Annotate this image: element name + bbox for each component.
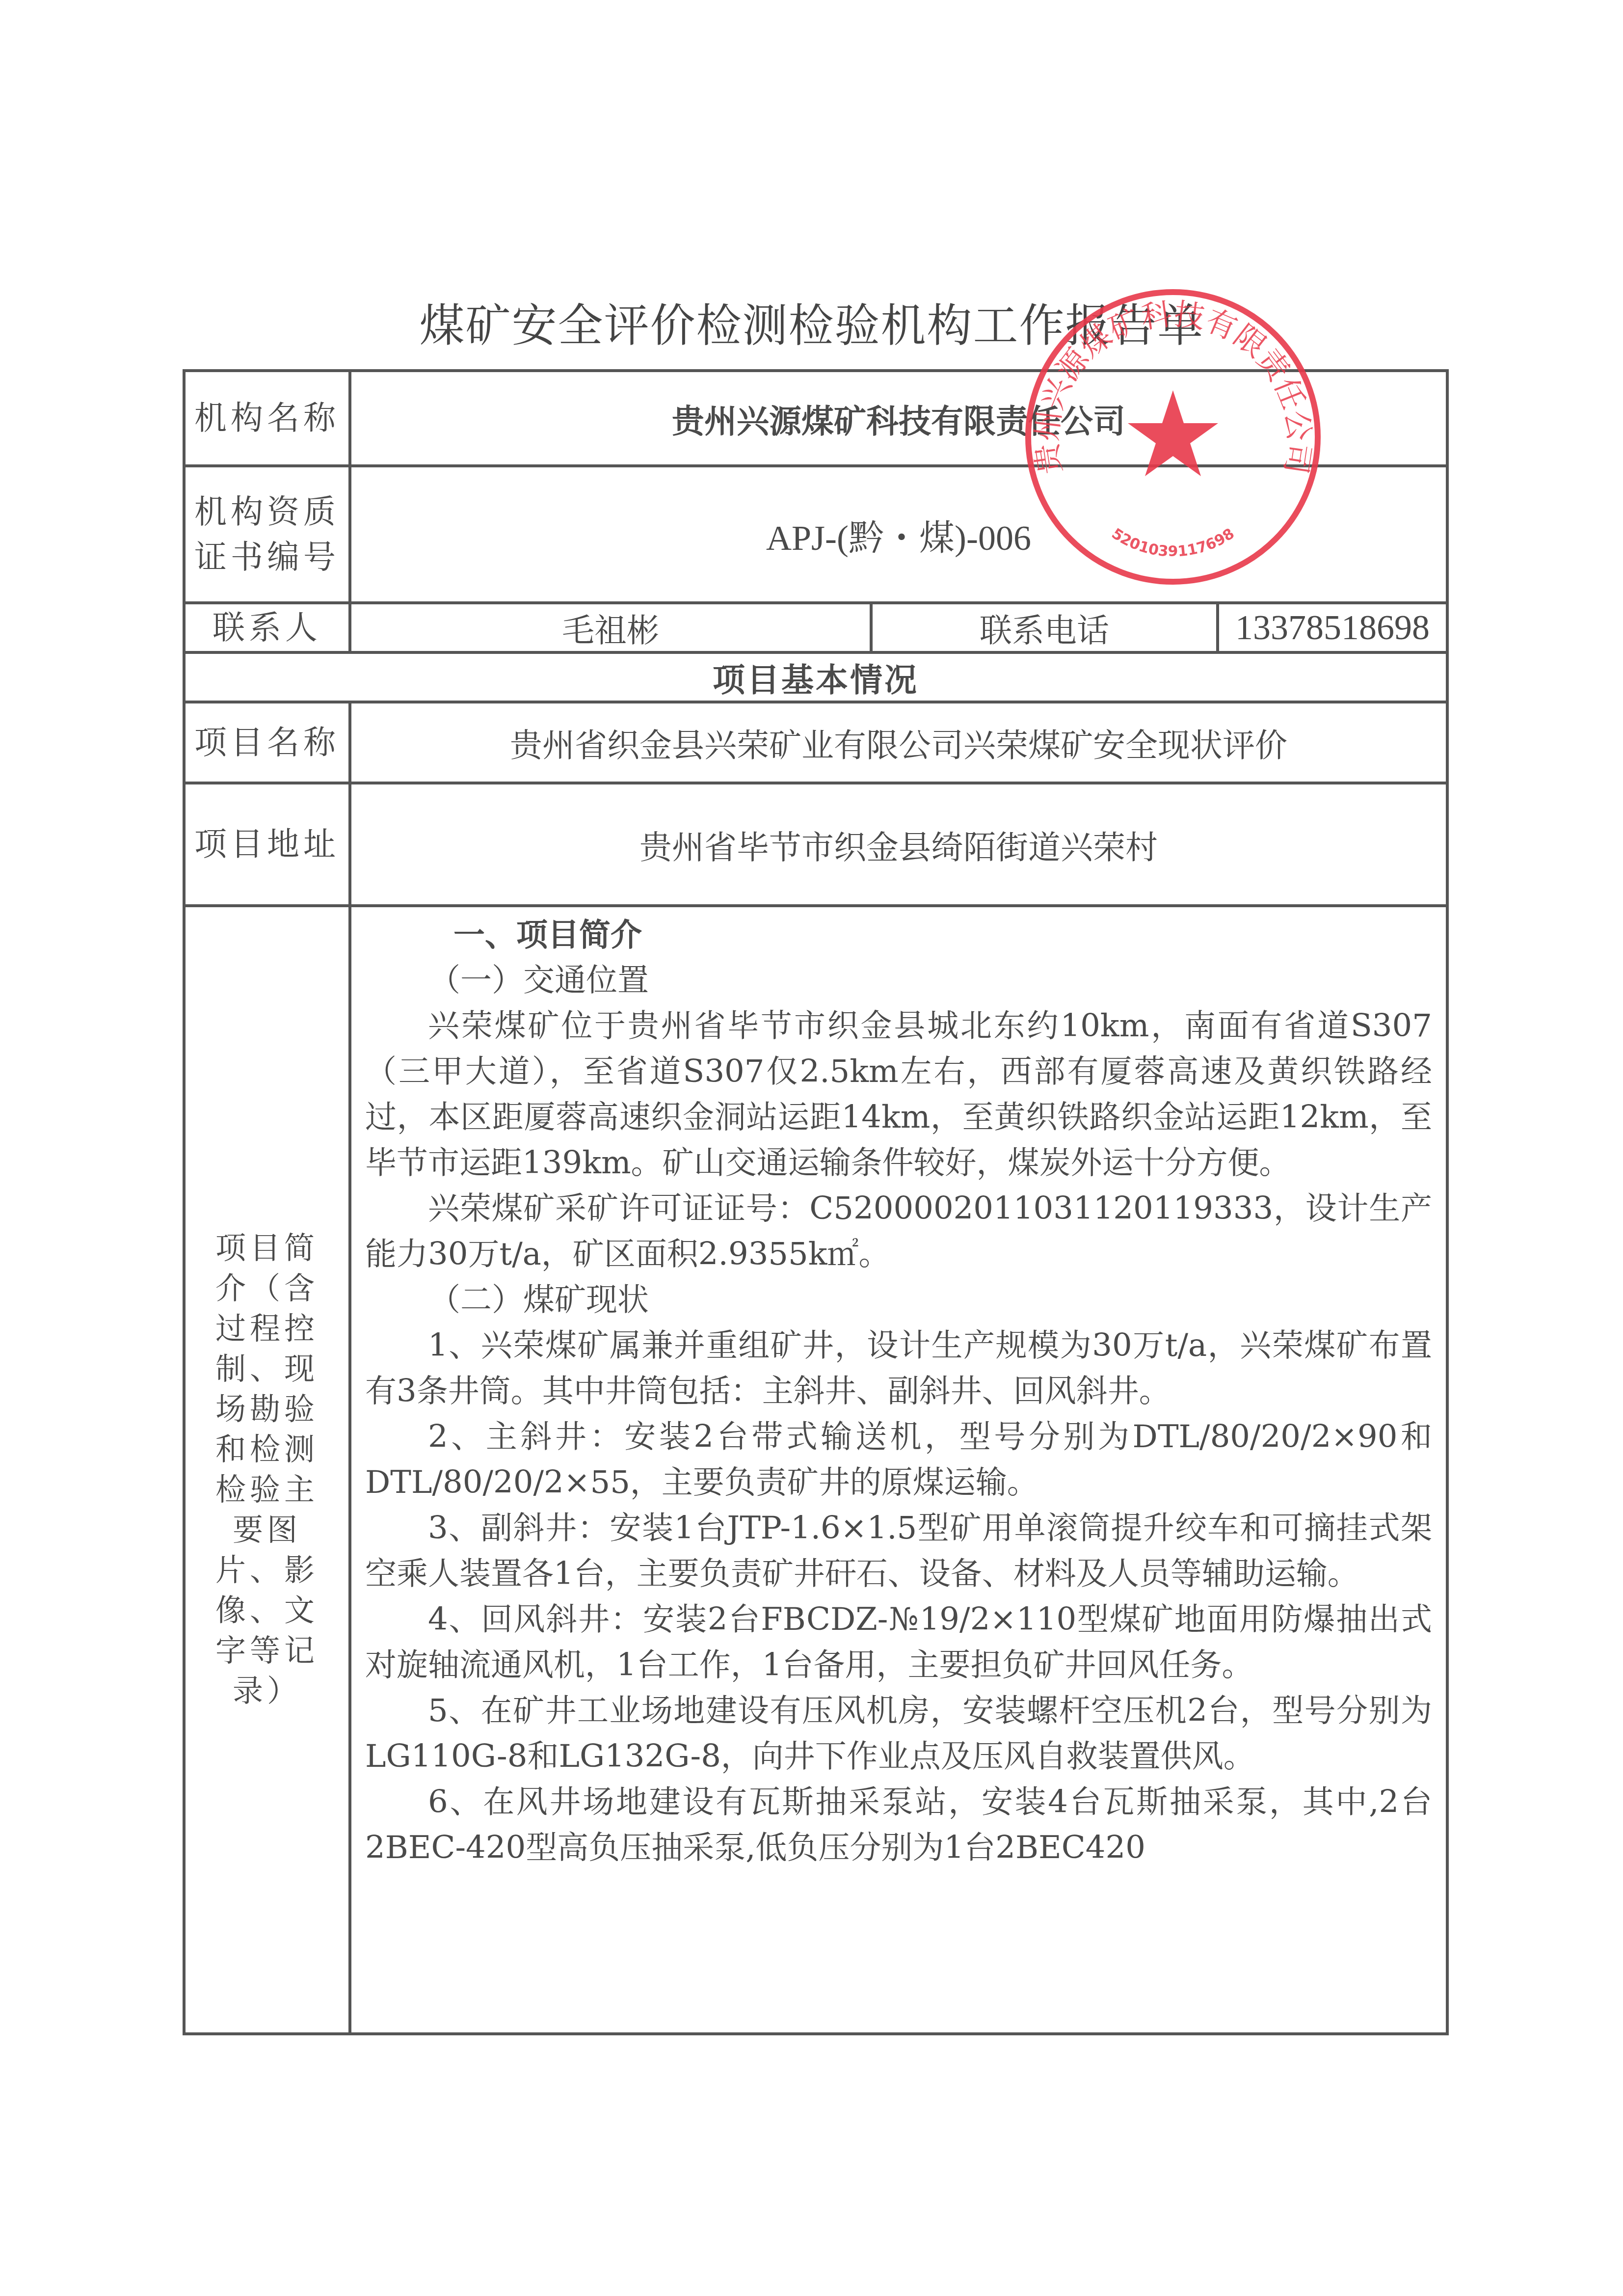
cert-number-value: APJ-(黔・煤)-006	[350, 466, 1447, 603]
cert-number-label: 机构资质证书编号	[184, 466, 350, 603]
brief-paragraph: 兴荣煤矿采矿许可证证号：C5200002011031120119333，设计生产…	[365, 1186, 1432, 1277]
row-institution-name: 机构名称 贵州兴源煤矿科技有限责任公司	[184, 371, 1447, 466]
institution-name-label: 机构名称	[184, 371, 350, 466]
contact-value: 毛祖彬	[350, 603, 871, 652]
brief-heading: 一、项目简介	[365, 912, 1432, 958]
project-name-label: 项目名称	[184, 702, 350, 783]
report-form-table: 机构名称 贵州兴源煤矿科技有限责任公司 机构资质证书编号 APJ-(黔・煤)-0…	[183, 369, 1449, 2035]
brief-subheading-traffic: （一）交通位置	[365, 958, 1432, 1003]
project-address-value: 贵州省毕节市织金县绮陌街道兴荣村	[350, 783, 1447, 906]
brief-list-item: 5、在矿井工业场地建设有压风机房，安装螺杆空压机2台，型号分别为LG110G-8…	[365, 1688, 1432, 1780]
project-address-label: 项目地址	[184, 783, 350, 906]
project-brief-content: 一、项目简介 （一）交通位置 兴荣煤矿位于贵州省毕节市织金县城北东约10km，南…	[350, 906, 1447, 2034]
page-title: 煤矿安全评价检测检验机构工作报告单	[0, 290, 1623, 354]
project-name-value: 贵州省织金县兴荣矿业有限公司兴荣煤矿安全现状评价	[350, 702, 1447, 783]
row-project-address: 项目地址 贵州省毕节市织金县绮陌街道兴荣村	[184, 783, 1447, 906]
phone-label: 联系电话	[871, 603, 1218, 652]
row-cert-number: 机构资质证书编号 APJ-(黔・煤)-006	[184, 466, 1447, 603]
institution-name-value: 贵州兴源煤矿科技有限责任公司	[350, 371, 1447, 466]
project-section-title: 项目基本情况	[184, 652, 1447, 702]
project-brief-label: 项目简介（含过程控制、现场勘验和检测检验主要图片、影像、文字等记录）	[184, 906, 350, 2034]
brief-subheading-status: （二）煤矿现状	[365, 1277, 1432, 1323]
row-project-name: 项目名称 贵州省织金县兴荣矿业有限公司兴荣煤矿安全现状评价	[184, 702, 1447, 783]
row-contact: 联系人 毛祖彬 联系电话 13378518698	[184, 603, 1447, 652]
row-section-header: 项目基本情况	[184, 652, 1447, 702]
phone-value: 13378518698	[1218, 603, 1447, 652]
contact-label: 联系人	[184, 603, 350, 652]
brief-list-item: 1、兴荣煤矿属兼并重组矿井，设计生产规模为30万t/a，兴荣煤矿布置有3条井筒。…	[365, 1323, 1432, 1414]
brief-paragraph: 兴荣煤矿位于贵州省毕节市织金县城北东约10km，南面有省道S307（三甲大道），…	[365, 1003, 1432, 1186]
brief-list-item: 6、在风井场地建设有瓦斯抽采泵站，安装4台瓦斯抽采泵，其中,2台2BEC-420…	[365, 1780, 1432, 1871]
brief-list-item: 3、副斜井：安装1台JTP-1.6×1.5型矿用单滚筒提升绞车和可摘挂式架空乘人…	[365, 1506, 1432, 1597]
row-project-brief: 项目简介（含过程控制、现场勘验和检测检验主要图片、影像、文字等记录） 一、项目简…	[184, 906, 1447, 2034]
brief-list-item: 4、回风斜井：安装2台FBCDZ-№19/2×110型煤矿地面用防爆抽出式对旋轴…	[365, 1597, 1432, 1688]
brief-list-item: 2、主斜井：安装2台带式输送机，型号分别为DTL/80/20/2×90和DTL/…	[365, 1414, 1432, 1506]
